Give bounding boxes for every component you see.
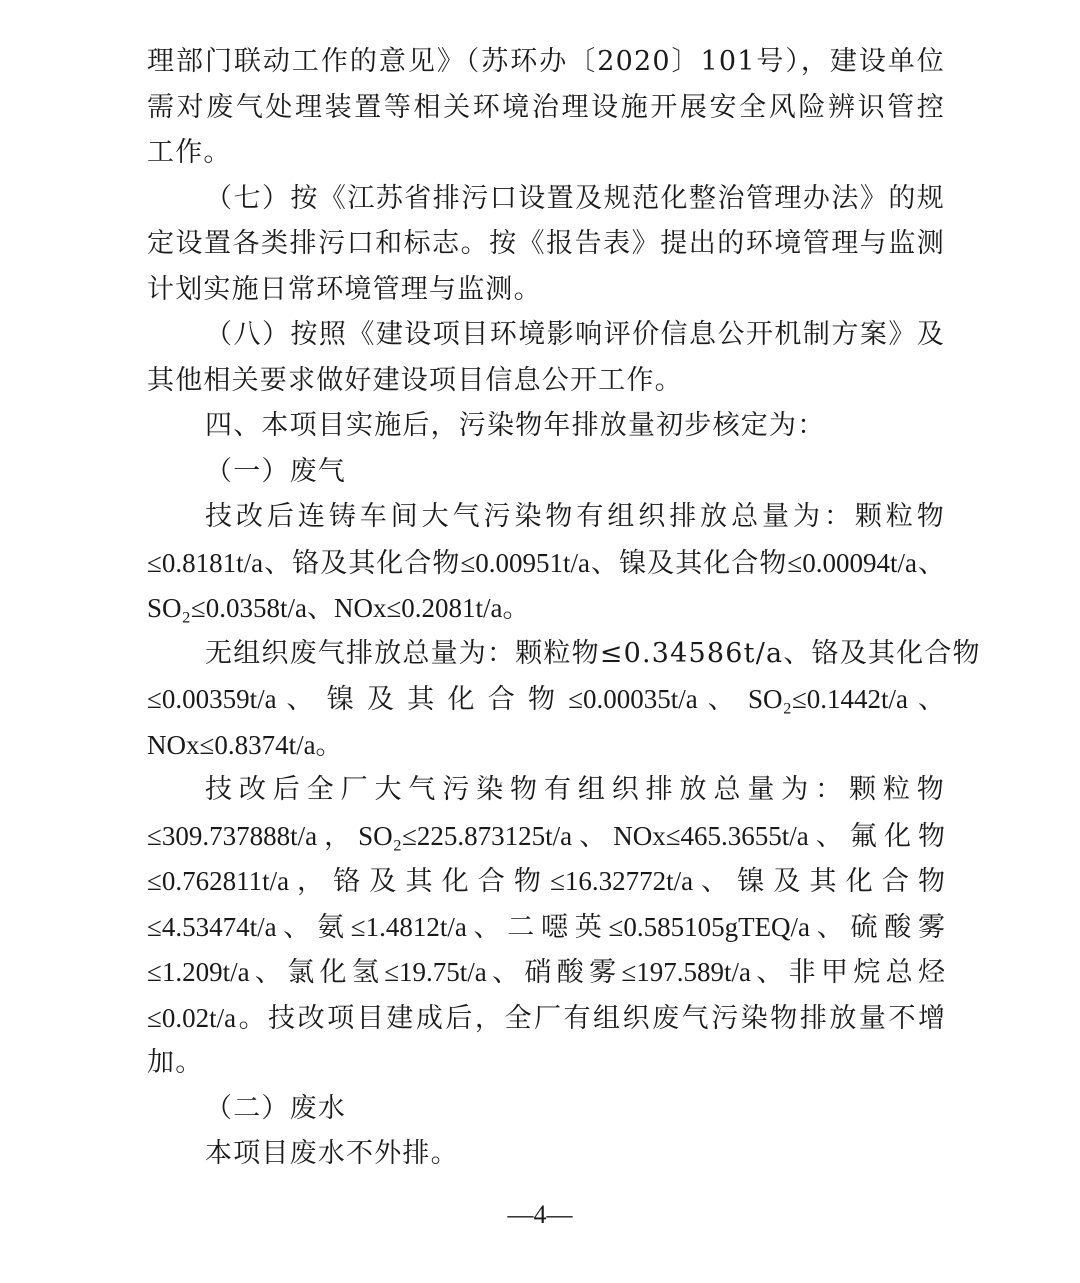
paragraph-line: 无组织废气排放总量为：颗粒物≤0.34586t/a、铬及其化合物 — [205, 634, 945, 674]
paragraph-line: 技改后全厂大气污染物有组织排放总量为：颗粒物 — [205, 770, 945, 810]
emission-values-line: ≤0.762811t/a ， 铬 及 其 化 合 物 ≤16.32772t/a … — [147, 861, 945, 901]
subsection-wastewater-heading: （二）废水 — [205, 1089, 1003, 1129]
emission-values-line: SO₂≤0.0358t/a、NOx≤0.2081t/a。 — [147, 588, 945, 628]
subsection-waste-gas-heading: （一）废气 — [205, 452, 1003, 492]
emission-values-line: ≤0.00359t/a 、 镍 及 其 化 合 物 ≤0.00035t/a 、 … — [147, 679, 945, 719]
emission-values-line: ≤0.02t/a。技改项目建成后，全厂有组织废气污染物排放量不增 — [147, 998, 945, 1038]
emission-values-line: ≤309.737888t/a，SO₂≤225.873125t/a、NOx≤465… — [147, 816, 945, 856]
emission-values-line: ≤1.209t/a、氯化氢≤19.75t/a、硝酸雾≤197.589t/a、非甲… — [147, 952, 945, 992]
document-page: 理部门联动工作的意见》（苏环办〔2020〕101号），建设单位 需对废气处理装置… — [0, 0, 1080, 1283]
paragraph-line: 理部门联动工作的意见》（苏环办〔2020〕101号），建设单位 — [147, 42, 945, 82]
emission-values-line: NOx≤0.8374t/a。 — [147, 725, 945, 765]
wastewater-statement: 本项目废水不外排。 — [205, 1134, 1003, 1174]
page-number: —4— — [0, 1198, 1080, 1232]
paragraph-line: 技改后连铸车间大气污染物有组织排放总量为：颗粒物 — [205, 497, 945, 537]
section-4-heading: 四、本项目实施后，污染物年排放量初步核定为： — [205, 406, 1003, 446]
paragraph-line: 工作。 — [147, 133, 945, 173]
paragraph-line: 定设置各类排污口和标志。按《报告表》提出的环境管理与监测 — [147, 224, 945, 264]
item-8-line: （八）按照《建设项目环境影响评价信息公开机制方案》及 — [205, 315, 945, 355]
paragraph-line: 加。 — [147, 1043, 945, 1083]
emission-values-line: ≤0.8181t/a、铬及其化合物≤0.00951t/a、镍及其化合物≤0.00… — [147, 543, 945, 583]
paragraph-line: 需对废气处理装置等相关环境治理设施开展安全风险辨识管控 — [147, 88, 945, 128]
item-7-line: （七）按《江苏省排污口设置及规范化整治管理办法》的规 — [205, 179, 945, 219]
paragraph-line: 其他相关要求做好建设项目信息公开工作。 — [147, 361, 945, 401]
paragraph-line: 计划实施日常环境管理与监测。 — [147, 270, 945, 310]
emission-values-line: ≤4.53474t/a、氨≤1.4812t/a、二噁英≤0.585105gTEQ… — [147, 907, 945, 947]
